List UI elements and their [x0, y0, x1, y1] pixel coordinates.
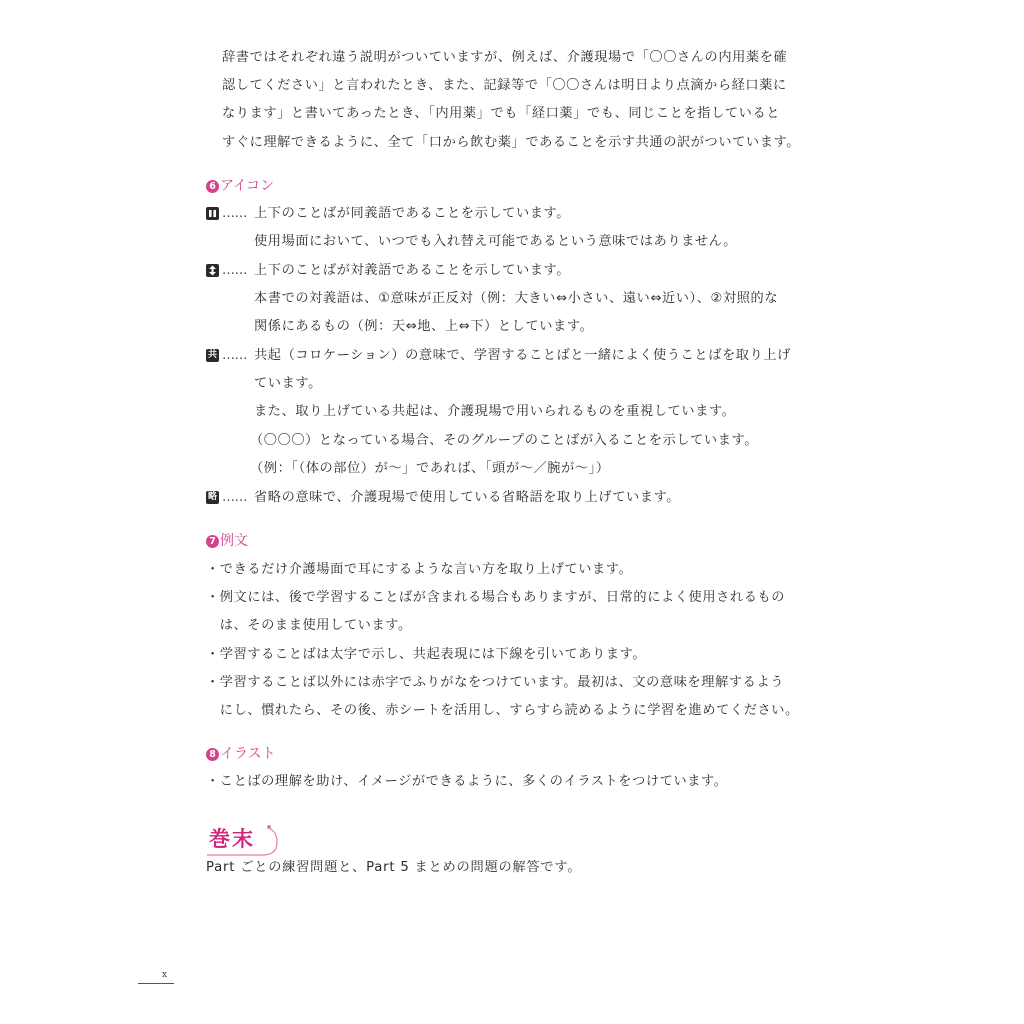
leader-dots: …… — [222, 347, 247, 365]
abbreviation-icon: 略 — [206, 491, 219, 504]
antonym-icon — [206, 264, 219, 277]
bullet-line: ・できるだけ介護場面で耳にするような言い方を取り上げています。 — [206, 561, 632, 579]
section-number-badge: 6 — [206, 180, 219, 193]
bullet-line: ・ことばの理解を助け、イメージができるように、多くのイラストをつけています。 — [206, 773, 728, 791]
leader-dots: …… — [222, 205, 247, 223]
bullet-line: ・例文には、後で学習することばが含まれる場合もありますが、日常的によく使用される… — [206, 589, 785, 607]
kanmatsu-title: 巻末 — [209, 826, 255, 852]
icon-description: ています。 — [254, 375, 322, 393]
collocation-icon: 共 — [206, 349, 219, 362]
leader-dots: …… — [222, 489, 247, 507]
icon-description: （〇〇〇）となっている場合、そのグループのことばが入ることを示しています。 — [250, 432, 758, 450]
bullet-line: にし、慣れたら、その後、赤シートを活用し、すらすら読めるように学習を進めてくださ… — [206, 702, 799, 720]
section-7-heading: 7 例文 — [206, 532, 248, 550]
section-6-heading: 6 アイコン — [206, 177, 274, 195]
intro-line: 認してください」と言われたとき、また、記録等で「〇〇さんは明日より点滴から経口薬… — [222, 77, 787, 95]
icon-description: 省略の意味で、介護現場で使用している省略語を取り上げています。 — [254, 489, 680, 507]
leader-dots: …… — [222, 262, 247, 280]
icon-description: 使用場面において、いつでも入れ替え可能であるという意味ではありません。 — [254, 233, 737, 251]
icon-description: また、取り上げている共起は、介護現場で用いられるものを重視しています。 — [254, 403, 736, 421]
section-number-badge: 8 — [206, 748, 219, 761]
document-page: 辞書ではそれぞれ違う説明がついていますが、例えば、介護現場で「〇〇さんの内用薬を… — [0, 0, 1024, 1024]
section-title: イラスト — [220, 745, 276, 763]
section-title: アイコン — [220, 177, 274, 195]
icon-description: 関係にあるもの（例：天⇔地、上⇔下）としています。 — [254, 318, 593, 336]
intro-line: なります」と書いてあったとき、「内用薬」でも「経口薬」でも、同じことを指している… — [222, 105, 780, 123]
section-number-badge: 7 — [206, 535, 219, 548]
section-8-heading: 8 イラスト — [206, 745, 276, 763]
intro-line: すぐに理解できるように、全て「口から飲む薬」であることを示す共通の訳がついていま… — [222, 134, 800, 152]
bullet-line: ・学習することばは太字で示し、共起表現には下線を引いてあります。 — [206, 646, 646, 664]
intro-line: 辞書ではそれぞれ違う説明がついていますが、例えば、介護現場で「〇〇さんの内用薬を… — [222, 49, 787, 67]
icon-description: 上下のことばが対義語であることを示しています。 — [254, 262, 570, 280]
page-number: x — [162, 970, 167, 980]
bullet-line: ・学習することば以外には赤字でふりがなをつけています。最初は、文の意味を理解する… — [206, 674, 784, 692]
icon-description: （例：「（体の部位）が～」であれば、「頭が～／腕が～」） — [250, 460, 610, 478]
kanmatsu-description: Part ごとの練習問題と、Part 5 まとめの問題の解答です。 — [206, 859, 581, 877]
icon-description: 上下のことばが同義語であることを示しています。 — [254, 205, 570, 223]
section-title: 例文 — [220, 532, 248, 550]
icon-description: 共起（コロケーション）の意味で、学習することばと一緒によく使うことばを取り上げ — [254, 347, 791, 365]
icon-description: 本書での対義語は、①意味が正反対（例：大きい⇔小さい、遠い⇔近い）、②対照的な — [254, 290, 778, 308]
synonym-icon — [206, 207, 219, 220]
footer-rule — [138, 983, 174, 984]
bullet-line: は、そのまま使用しています。 — [206, 617, 412, 635]
